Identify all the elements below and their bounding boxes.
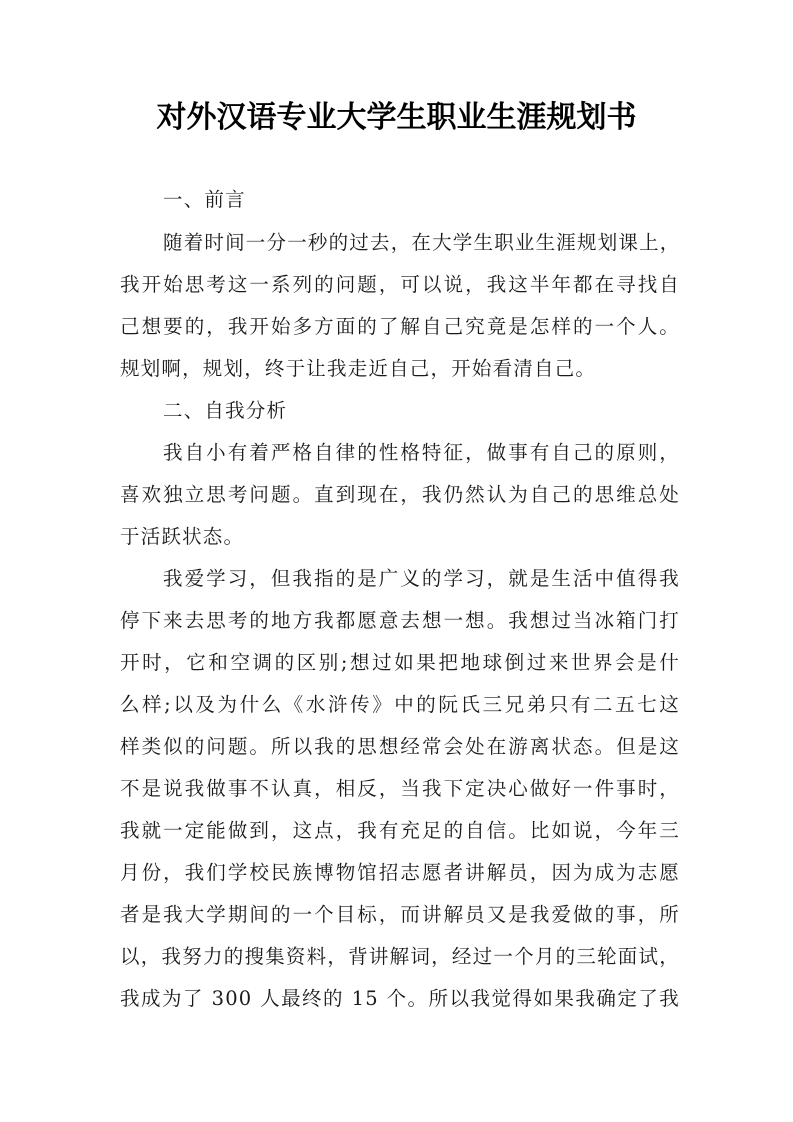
paragraph-line: 我就一定能做到，这点，我有充足的自信。比如说，今年三: [120, 817, 680, 845]
document-title: 对外汉语专业大学生职业生涯规划书: [0, 98, 793, 138]
paragraph-line: 开时，它和空调的区别;想过如果把地球倒过来世界会是什: [120, 649, 680, 677]
paragraph-line: 我自小有着严格自律的性格特征，做事有自己的原则，: [163, 439, 680, 467]
paragraph-line: 我成为了 300 人最终的 15 个。所以我觉得如果我确定了我: [120, 985, 680, 1013]
paragraph-line: 规划啊，规划，终于让我走近自己，开始看清自己。: [120, 355, 680, 383]
paragraph-line: 者是我大学期间的一个目标，而讲解员又是我爱做的事，所: [120, 901, 680, 929]
paragraph-line: 随着时间一分一秒的过去，在大学生职业生涯规划课上，: [163, 229, 680, 257]
paragraph-line: 己想要的，我开始多方面的了解自己究竟是怎样的一个人。: [120, 313, 680, 341]
section-heading: 二、自我分析: [163, 397, 680, 425]
paragraph-line: 么样;以及为什么《水浒传》中的阮氏三兄弟只有二五七这: [120, 691, 680, 719]
paragraph-line: 月份，我们学校民族博物馆招志愿者讲解员，因为成为志愿: [120, 859, 680, 887]
paragraph-line: 样类似的问题。所以我的思想经常会处在游离状态。但是这: [120, 733, 680, 761]
paragraph-line: 喜欢独立思考问题。直到现在，我仍然认为自己的思维总处: [120, 481, 680, 509]
paragraph-line: 不是说我做事不认真，相反，当我下定决心做好一件事时，: [120, 775, 680, 803]
paragraph-line: 于活跃状态。: [120, 523, 680, 551]
paragraph-line: 我爱学习，但我指的是广义的学习，就是生活中值得我: [163, 565, 680, 593]
section-heading: 一、前言: [163, 186, 680, 214]
paragraph-line: 停下来去思考的地方我都愿意去想一想。我想过当冰箱门打: [120, 607, 680, 635]
paragraph-line: 以，我努力的搜集资料，背讲解词，经过一个月的三轮面试，: [120, 943, 680, 971]
document-page: 对外汉语专业大学生职业生涯规划书 一、前言 随着时间一分一秒的过去，在大学生职业…: [0, 0, 793, 1122]
paragraph-line: 我开始思考这一系列的问题，可以说，我这半年都在寻找自: [120, 271, 680, 299]
